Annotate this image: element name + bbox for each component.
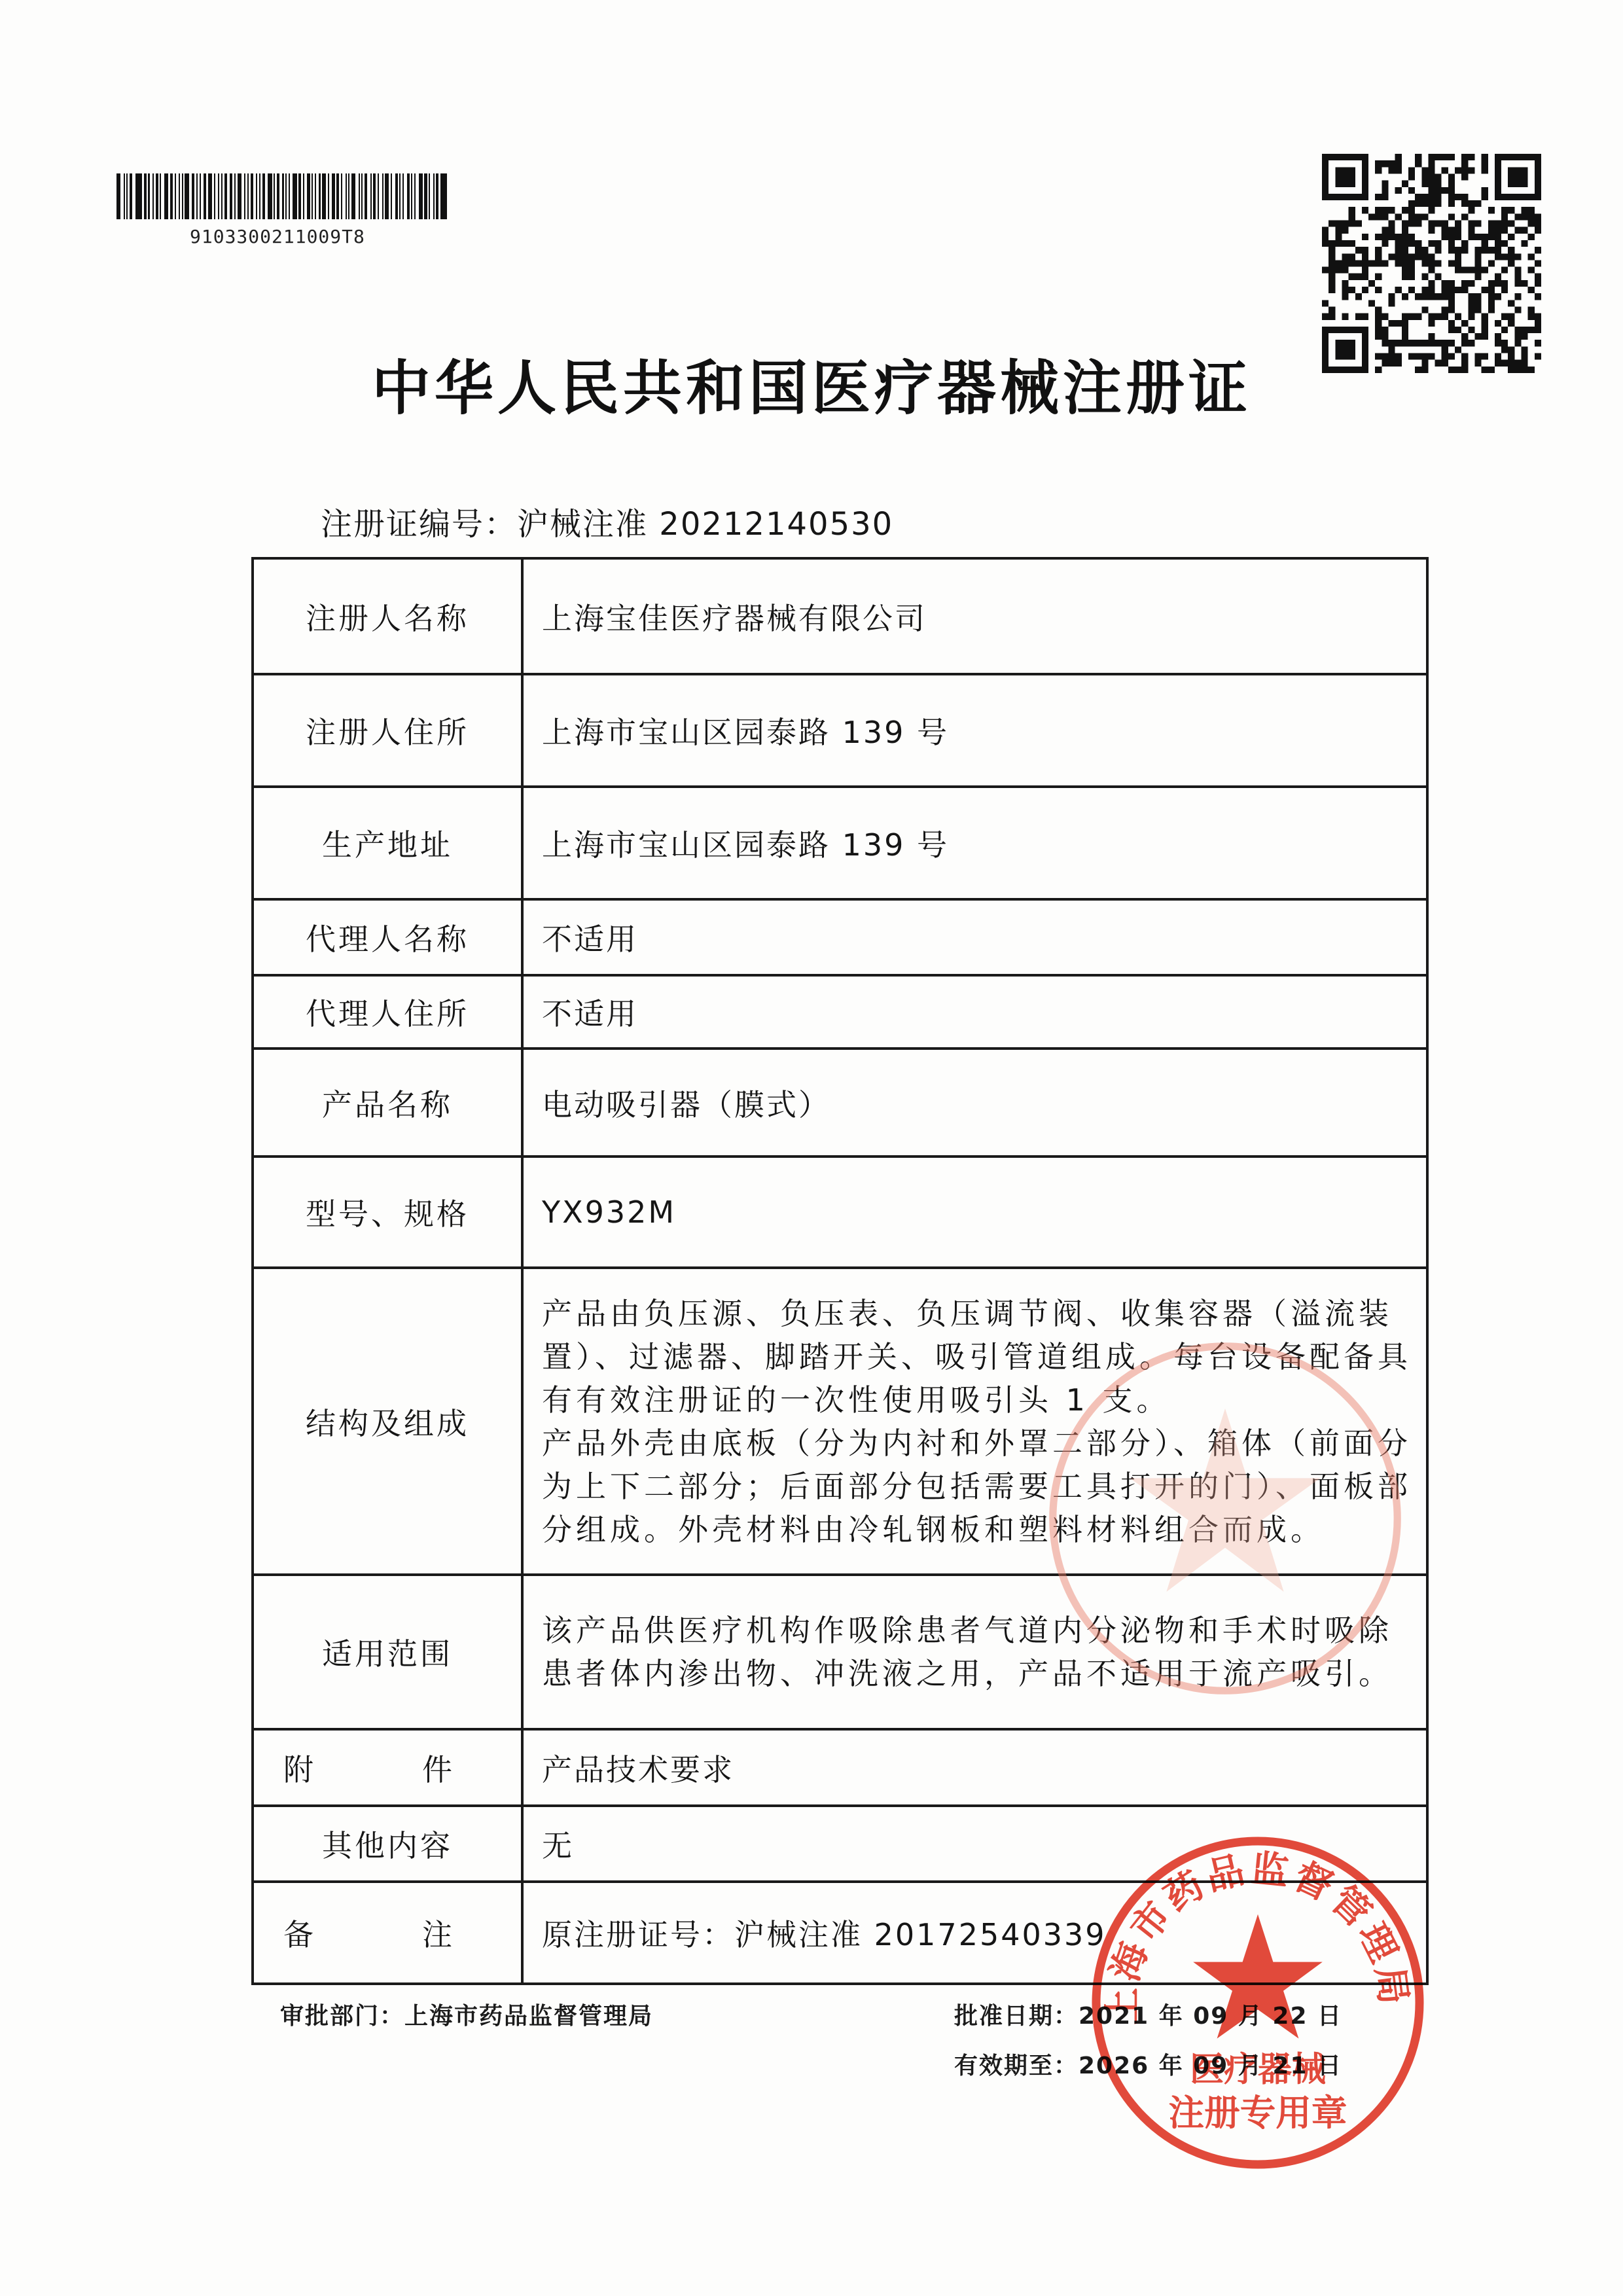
row-label: 型号、规格 bbox=[253, 1157, 522, 1268]
row-label: 代理人名称 bbox=[253, 899, 522, 975]
row-value: 上海市宝山区园泰路 139 号 bbox=[522, 674, 1427, 787]
row-value: YX932M bbox=[522, 1157, 1427, 1268]
row-label: 生产地址 bbox=[253, 787, 522, 899]
row-value: 产品由负压源、负压表、负压调节阀、收集容器（溢流装置）、过滤器、脚踏开关、吸引管… bbox=[522, 1268, 1427, 1575]
registration-number-label: 注册证编号： bbox=[321, 506, 517, 543]
row-label: 结构及组成 bbox=[253, 1268, 522, 1575]
row-value: 不适用 bbox=[522, 899, 1427, 975]
row-label: 其他内容 bbox=[253, 1806, 522, 1882]
table-row: 备 注原注册证号：沪械注准 20172540339 bbox=[253, 1882, 1427, 1984]
valid-until: 有效期至：2026 年 09 月 21 日 bbox=[954, 2047, 1342, 2081]
barcode-number: 9103300211009T8 bbox=[190, 226, 386, 247]
registration-number-value: 沪械注准 20212140530 bbox=[517, 506, 893, 543]
page-title: 中华人民共和国医疗器械注册证 bbox=[0, 340, 1623, 425]
table-row: 型号、规格YX932M bbox=[253, 1157, 1427, 1268]
row-value: 无 bbox=[522, 1806, 1427, 1882]
row-value: 产品技术要求 bbox=[522, 1729, 1427, 1806]
registration-number: 注册证编号：沪械注准 20212140530 bbox=[321, 499, 893, 544]
row-label: 代理人住所 bbox=[253, 975, 522, 1049]
seal-inner-line2: 注册专用章 bbox=[1169, 2092, 1347, 2134]
table-row: 适用范围该产品供医疗机构作吸除患者气道内分泌物和手术时吸除患者体内渗出物、冲洗液… bbox=[253, 1575, 1427, 1729]
table-row: 代理人名称不适用 bbox=[253, 899, 1427, 975]
row-label: 注册人名称 bbox=[253, 558, 522, 674]
table-row: 结构及组成产品由负压源、负压表、负压调节阀、收集容器（溢流装置）、过滤器、脚踏开… bbox=[253, 1268, 1427, 1575]
table-row: 其他内容无 bbox=[253, 1806, 1427, 1882]
table-row: 生产地址上海市宝山区园泰路 139 号 bbox=[253, 787, 1427, 899]
certificate-table: 注册人名称上海宝佳医疗器械有限公司注册人住所上海市宝山区园泰路 139 号生产地… bbox=[251, 557, 1429, 1985]
row-label: 注册人住所 bbox=[253, 674, 522, 787]
table-row: 注册人住所上海市宝山区园泰路 139 号 bbox=[253, 674, 1427, 787]
barcode bbox=[116, 173, 450, 219]
row-value: 该产品供医疗机构作吸除患者气道内分泌物和手术时吸除患者体内渗出物、冲洗液之用，产… bbox=[522, 1575, 1427, 1729]
row-value: 电动吸引器（膜式） bbox=[522, 1049, 1427, 1157]
table-row: 产品名称电动吸引器（膜式） bbox=[253, 1049, 1427, 1157]
table-row: 注册人名称上海宝佳医疗器械有限公司 bbox=[253, 558, 1427, 674]
row-value: 上海宝佳医疗器械有限公司 bbox=[522, 558, 1427, 674]
row-value: 不适用 bbox=[522, 975, 1427, 1049]
approval-department: 审批部门：上海市药品监督管理局 bbox=[280, 1998, 653, 2031]
row-label: 产品名称 bbox=[253, 1049, 522, 1157]
row-value: 原注册证号：沪械注准 20172540339 bbox=[522, 1882, 1427, 1984]
row-value: 上海市宝山区园泰路 139 号 bbox=[522, 787, 1427, 899]
table-row: 附 件产品技术要求 bbox=[253, 1729, 1427, 1806]
row-label: 附 件 bbox=[253, 1729, 522, 1806]
row-label: 备 注 bbox=[253, 1882, 522, 1984]
row-label: 适用范围 bbox=[253, 1575, 522, 1729]
approval-date: 批准日期：2021 年 09 月 22 日 bbox=[954, 1998, 1342, 2031]
table-row: 代理人住所不适用 bbox=[253, 975, 1427, 1049]
